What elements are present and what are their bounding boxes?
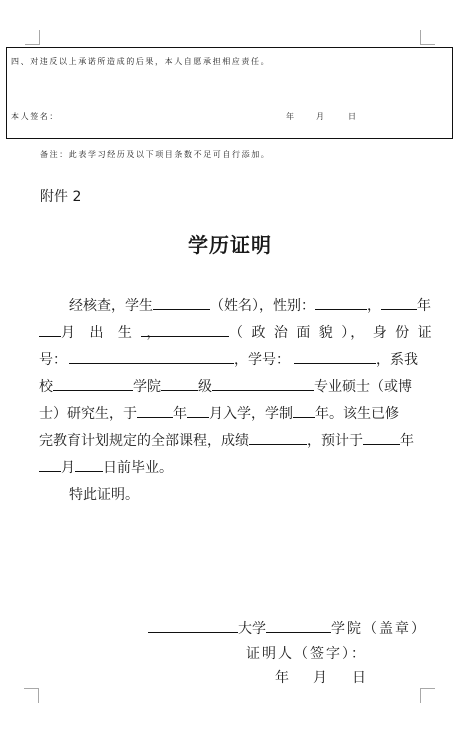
graduation-year-blank[interactable]	[363, 429, 400, 445]
birth-month-blank[interactable]	[39, 321, 61, 337]
pledge-table: 四、对违反以上承诺所造成的后果，本人自愿承担相应责任。 本人签名： 年 月 日	[6, 47, 453, 139]
college-blank[interactable]	[53, 375, 133, 391]
university-seal-line: 大学学院（盖章）	[148, 617, 427, 638]
pledge-clause-four: 四、对违反以上承诺所造成的后果，本人自愿承担相应责任。	[11, 56, 270, 67]
page-corner-mark-top-right	[420, 30, 435, 45]
certificate-line-3: 号：，学号：，系我	[39, 347, 418, 374]
gender-blank[interactable]	[315, 294, 367, 310]
major-blank[interactable]	[212, 375, 314, 391]
certificate-line-4: 校学院级专业硕士（或博	[39, 374, 412, 401]
enroll-month-blank[interactable]	[187, 402, 209, 418]
university-name-blank[interactable]	[148, 617, 238, 633]
student-name-blank[interactable]	[153, 294, 210, 310]
certificate-line-1: 经核查，学生（姓名），性别：，年	[69, 293, 431, 320]
signature-date-day: 日	[348, 111, 356, 122]
college-name-blank[interactable]	[266, 617, 331, 633]
certifier-date-year: 年	[275, 667, 289, 687]
signature-date-year: 年	[286, 111, 294, 122]
certificate-line-5: 士）研究生，于年月入学，学制年。该生已修	[39, 401, 399, 428]
graduation-day-blank[interactable]	[75, 456, 103, 472]
certifier-date-month: 月	[313, 667, 327, 687]
page-corner-mark-top-left	[25, 30, 40, 45]
id-number-blank[interactable]	[69, 348, 234, 364]
enroll-year-blank[interactable]	[137, 402, 173, 418]
grade-blank[interactable]	[161, 375, 198, 391]
page-corner-mark-bottom-right	[420, 688, 435, 703]
graduation-month-blank[interactable]	[39, 456, 61, 472]
certifier-date-day: 日	[352, 667, 366, 687]
document-title: 学历证明	[0, 229, 460, 258]
attachment-label: 附件 2	[40, 186, 81, 206]
student-number-blank[interactable]	[294, 348, 376, 364]
political-status-blank[interactable]	[141, 321, 229, 337]
program-length-blank[interactable]	[293, 402, 315, 418]
page-corner-mark-bottom-left	[24, 688, 39, 703]
signature-label: 本人签名：	[11, 111, 59, 122]
grades-blank[interactable]	[249, 429, 307, 445]
certificate-line-2: 月 出 生 ，（ 政 治 面 貌 ）， 身 份 证	[39, 320, 434, 347]
certificate-closing: 特此证明。	[69, 482, 139, 509]
birth-year-blank[interactable]	[381, 294, 417, 310]
table-note: 备注：此表学习经历及以下项目条数不足可自行添加。	[40, 149, 270, 160]
signature-date-month: 月	[316, 111, 324, 122]
certificate-line-6: 完教育计划规定的全部课程，成绩，预计于年	[39, 428, 414, 455]
certificate-line-7: 月日前毕业。	[39, 455, 173, 482]
certifier-signature-label: 证明人（签字）：	[246, 643, 367, 663]
